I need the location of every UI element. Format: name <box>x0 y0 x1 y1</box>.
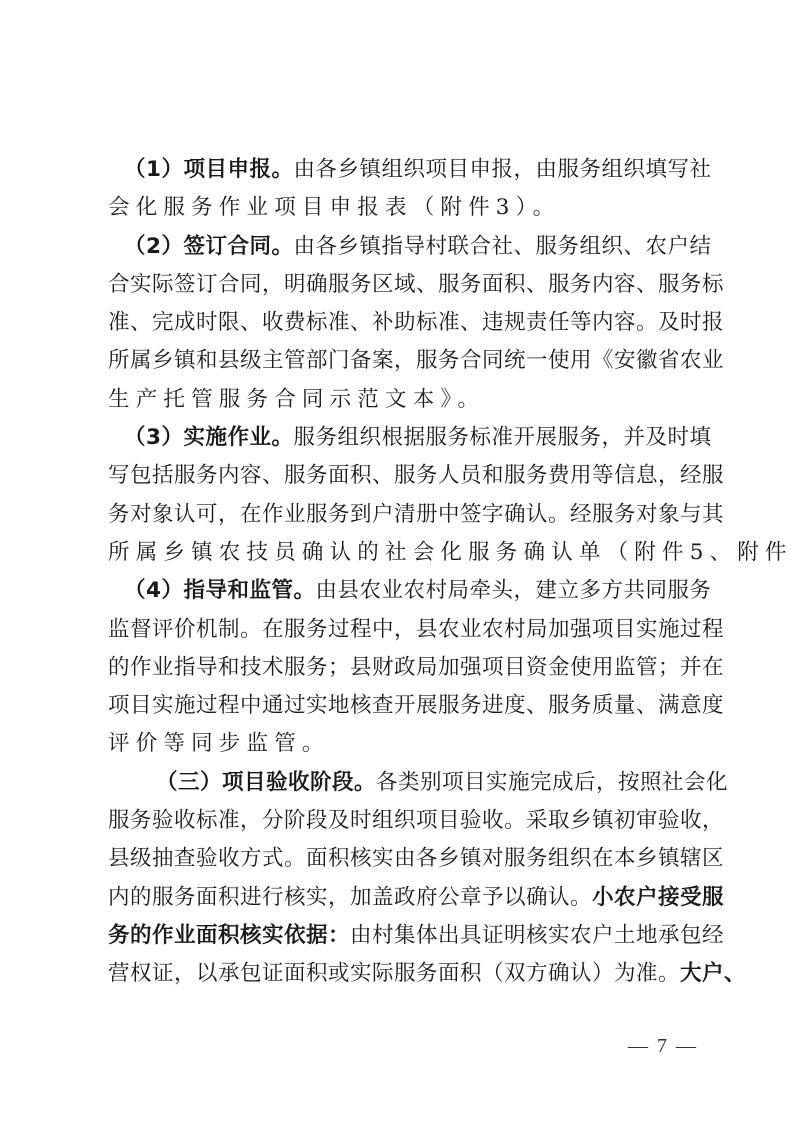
heading-implement-operation: （3）实施作业。 <box>124 425 293 450</box>
heading-project-application: （1）项目申报。 <box>124 157 293 182</box>
heading-guidance-supervision: （4）指导和监管。 <box>124 578 315 603</box>
paragraph-3-line-4: 所属乡镇农技员确认的社会化服务确认单（附件5、附件6）。 <box>108 534 700 572</box>
paragraph-2-line-2: 合实际签订合同，明确服务区域、服务面积、服务内容、服务标 <box>108 266 700 304</box>
paragraph-2-line-5: 生产托管服务合同示范文本》。 <box>108 381 700 419</box>
section-3-line-5: 务的作业面积核实依据：由村集体出具证明核实农户土地承包经 <box>108 917 700 955</box>
paragraph-2-line-1: （2）签订合同。由各乡镇指导村联合社、服务组织、农户结 <box>108 228 700 266</box>
section-3-line-3: 县级抽查验收方式。面积核实由各乡镇对服务组织在本乡镇辖区 <box>108 840 700 878</box>
bold-area-verification-basis: 务的作业面积核实依据： <box>108 923 350 948</box>
paragraph-4-line-1: （4）指导和监管。由县农业农村局牵头，建立多方共同服务 <box>108 572 700 610</box>
section-3-line-4: 内的服务面积进行核实，加盖政府公章予以确认。小农户接受服 <box>108 879 700 917</box>
paragraph-4-line-2: 监督评价机制。在服务过程中，县农业农村局加强项目实施过程 <box>108 611 700 649</box>
page-number: — 7 — <box>628 1035 698 1058</box>
heading-acceptance-stage: （三）项目验收阶段。 <box>156 770 376 795</box>
section-3-line-2: 服务验收标准，分阶段及时组织项目验收。采取乡镇初审验收， <box>108 802 700 840</box>
section-3-line-6: 营权证，以承包证面积或实际服务面积（双方确认）为准。大户、 <box>108 955 700 993</box>
paragraph-4-line-4: 项目实施过程中通过实地核查开展服务进度、服务质量、满意度 <box>108 687 700 725</box>
paragraph-3-line-3: 务对象认可，在作业服务到户清册中签字确认。经服务对象与其 <box>108 496 700 534</box>
body-text: （1）项目申报。由各乡镇组织项目申报，由服务组织填写社 会化服务作业项目申报表（… <box>108 151 700 994</box>
paragraph-1-line-1: （1）项目申报。由各乡镇组织项目申报，由服务组织填写社 <box>108 151 700 189</box>
section-3-line-1: （三）项目验收阶段。各类别项目实施完成后，按照社会化 <box>108 764 700 802</box>
bold-large-households: 大户、 <box>680 961 746 986</box>
bold-smallholder-basis: 小农户接受服 <box>592 885 724 910</box>
paragraph-2-line-3: 准、完成时限、收费标准、补助标准、违规责任等内容。及时报 <box>108 304 700 342</box>
paragraph-3-line-2: 写包括服务内容、服务面积、服务人员和服务费用等信息，经服 <box>108 457 700 495</box>
paragraph-4-line-3: 的作业指导和技术服务；县财政局加强项目资金使用监管；并在 <box>108 649 700 687</box>
paragraph-3-line-1: （3）实施作业。服务组织根据服务标准开展服务，并及时填 <box>108 419 700 457</box>
paragraph-2-line-4: 所属乡镇和县级主管部门备案，服务合同统一使用《安徽省农业 <box>108 342 700 380</box>
heading-sign-contract: （2）签订合同。 <box>124 234 293 259</box>
paragraph-1-line-2: 会化服务作业项目申报表（附件3）。 <box>108 189 700 227</box>
document-page: （1）项目申报。由各乡镇组织项目申报，由服务组织填写社 会化服务作业项目申报表（… <box>0 0 793 1122</box>
paragraph-4-line-5: 评价等同步监管。 <box>108 725 700 763</box>
